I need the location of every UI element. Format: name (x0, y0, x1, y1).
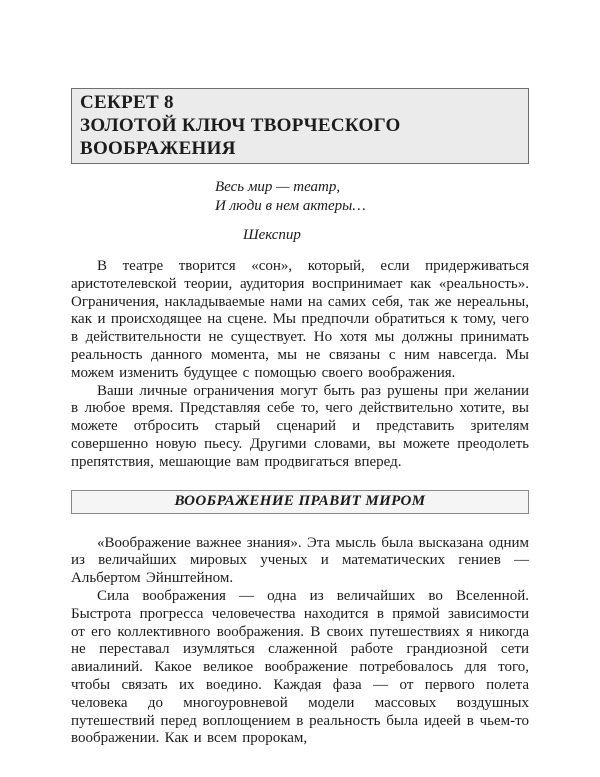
epigraph-author: Шекспир (243, 226, 529, 245)
book-page: СЕКРЕТ 8 ЗОЛОТОЙ КЛЮЧ ТВОРЧЕСКОГО ВООБРА… (71, 88, 529, 748)
epigraph: Весь мир — театр, И люди в нем актеры… (215, 178, 529, 216)
section-heading: ВООБРАЖЕНИЕ ПРАВИТ МИРОМ (71, 490, 529, 514)
paragraph: Сила воображения — одна из величайших во… (71, 588, 529, 748)
epigraph-line-2: И люди в нем актеры… (215, 197, 529, 216)
paragraph: Ваши личные ограничения могут быть раз р… (71, 383, 529, 472)
epigraph-line-1: Весь мир — театр, (215, 178, 529, 197)
paragraph: В театре творится «сон», который, если п… (71, 258, 529, 383)
chapter-heading: СЕКРЕТ 8 ЗОЛОТОЙ КЛЮЧ ТВОРЧЕСКОГО ВООБРА… (71, 88, 529, 164)
chapter-heading-line-3: ВООБРАЖЕНИЯ (80, 137, 520, 160)
chapter-heading-line-2: ЗОЛОТОЙ КЛЮЧ ТВОРЧЕСКОГО (80, 114, 520, 137)
chapter-heading-line-1: СЕКРЕТ 8 (80, 91, 520, 114)
paragraph: «Воображение важнее знания». Эта мысль б… (71, 535, 529, 588)
